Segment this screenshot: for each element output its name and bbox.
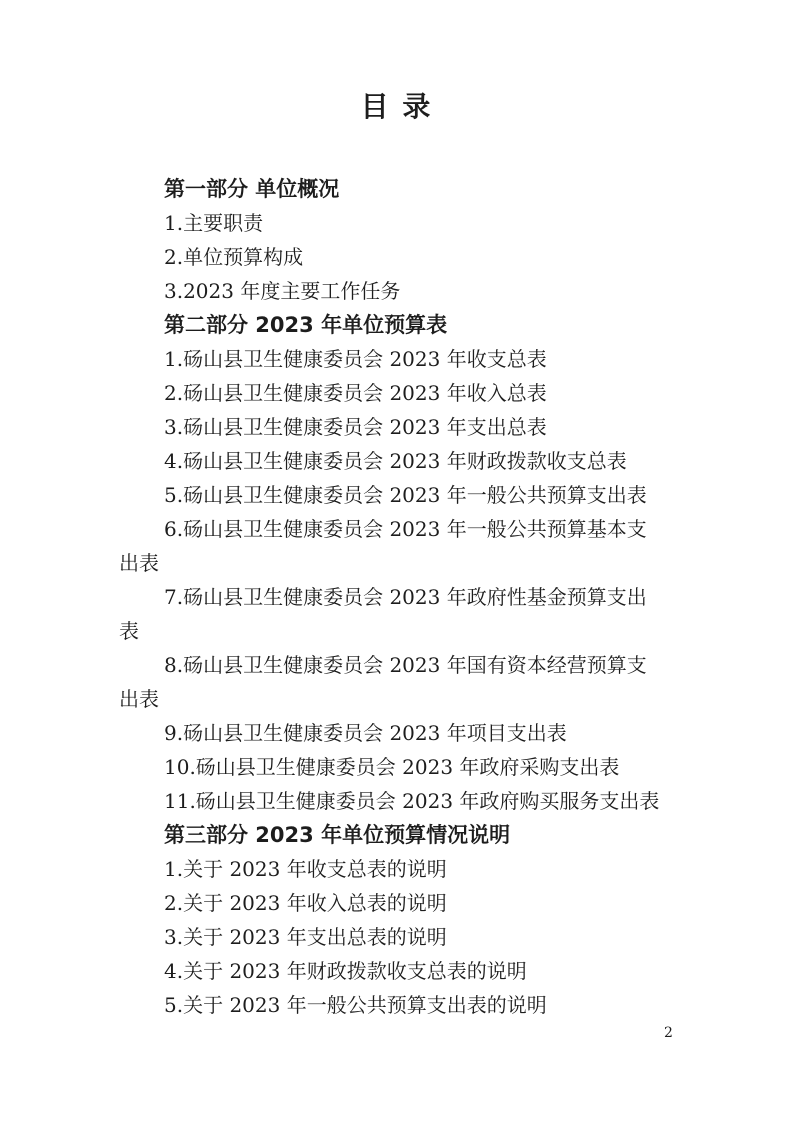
table-of-contents: 第一部分 单位概况1.主要职责2.单位预算构成3.2023 年度主要工作任务第二… [0, 172, 793, 1022]
toc-section-heading: 第二部分 2023 年单位预算表 [119, 308, 693, 342]
document-page: 目 录 第一部分 单位概况1.主要职责2.单位预算构成3.2023 年度主要工作… [0, 0, 793, 1122]
toc-entry-line: 2.单位预算构成 [119, 240, 693, 274]
toc-section-heading: 第三部分 2023 年单位预算情况说明 [119, 818, 693, 852]
toc-entry: 1.砀山县卫生健康委员会 2023 年收支总表 [119, 342, 693, 376]
toc-entry: 1.关于 2023 年收支总表的说明 [119, 852, 693, 886]
toc-entry-line: 3.2023 年度主要工作任务 [119, 274, 693, 308]
toc-entry-line: 1.主要职责 [119, 206, 693, 240]
toc-entry: 11.砀山县卫生健康委员会 2023 年政府购买服务支出表 [119, 784, 693, 818]
toc-entry: 3.砀山县卫生健康委员会 2023 年支出总表 [119, 410, 693, 444]
toc-entry: 5.砀山县卫生健康委员会 2023 年一般公共预算支出表 [119, 478, 693, 512]
toc-entry: 4.关于 2023 年财政拨款收支总表的说明 [119, 954, 693, 988]
toc-entry-line: 3.关于 2023 年支出总表的说明 [119, 920, 693, 954]
toc-entry-line: 1.砀山县卫生健康委员会 2023 年收支总表 [119, 342, 693, 376]
toc-entry-line: 7.砀山县卫生健康委员会 2023 年政府性基金预算支出 [119, 580, 693, 614]
toc-entry-line: 1.关于 2023 年收支总表的说明 [119, 852, 693, 886]
toc-entry-line: 表 [119, 614, 693, 648]
toc-entry-line: 8.砀山县卫生健康委员会 2023 年国有资本经营预算支 [119, 648, 693, 682]
toc-entry-line: 10.砀山县卫生健康委员会 2023 年政府采购支出表 [119, 750, 693, 784]
toc-section-heading: 第一部分 单位概况 [119, 172, 693, 206]
toc-entry-line: 2.关于 2023 年收入总表的说明 [119, 886, 693, 920]
toc-entry-line: 9.砀山县卫生健康委员会 2023 年项目支出表 [119, 716, 693, 750]
toc-entry-line: 出表 [119, 546, 693, 580]
toc-entry: 5.关于 2023 年一般公共预算支出表的说明 [119, 988, 693, 1022]
toc-entry: 2.单位预算构成 [119, 240, 693, 274]
toc-entry-line: 4.关于 2023 年财政拨款收支总表的说明 [119, 954, 693, 988]
toc-entry-line: 出表 [119, 682, 693, 716]
toc-entry-line: 11.砀山县卫生健康委员会 2023 年政府购买服务支出表 [119, 784, 693, 818]
toc-entry: 10.砀山县卫生健康委员会 2023 年政府采购支出表 [119, 750, 693, 784]
toc-entry: 8.砀山县卫生健康委员会 2023 年国有资本经营预算支出表 [119, 648, 693, 716]
toc-entry: 3.2023 年度主要工作任务 [119, 274, 693, 308]
toc-entry-line: 4.砀山县卫生健康委员会 2023 年财政拨款收支总表 [119, 444, 693, 478]
toc-entry-line: 5.砀山县卫生健康委员会 2023 年一般公共预算支出表 [119, 478, 693, 512]
toc-entry: 2.关于 2023 年收入总表的说明 [119, 886, 693, 920]
toc-entry: 9.砀山县卫生健康委员会 2023 年项目支出表 [119, 716, 693, 750]
toc-entry: 3.关于 2023 年支出总表的说明 [119, 920, 693, 954]
toc-entry-line: 3.砀山县卫生健康委员会 2023 年支出总表 [119, 410, 693, 444]
toc-entry: 2.砀山县卫生健康委员会 2023 年收入总表 [119, 376, 693, 410]
toc-entry: 4.砀山县卫生健康委员会 2023 年财政拨款收支总表 [119, 444, 693, 478]
toc-entry-line: 2.砀山县卫生健康委员会 2023 年收入总表 [119, 376, 693, 410]
toc-entry-line: 5.关于 2023 年一般公共预算支出表的说明 [119, 988, 693, 1022]
toc-entry: 7.砀山县卫生健康委员会 2023 年政府性基金预算支出表 [119, 580, 693, 648]
page-number: 2 [664, 1024, 673, 1042]
toc-entry: 6.砀山县卫生健康委员会 2023 年一般公共预算基本支出表 [119, 512, 693, 580]
toc-entry: 1.主要职责 [119, 206, 693, 240]
toc-entry-line: 6.砀山县卫生健康委员会 2023 年一般公共预算基本支 [119, 512, 693, 546]
page-title: 目 录 [0, 0, 793, 126]
